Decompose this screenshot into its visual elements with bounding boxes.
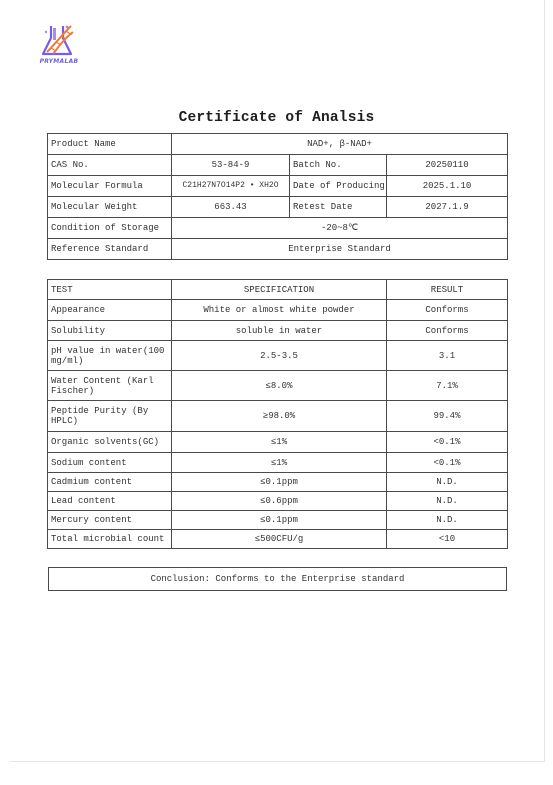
test-result: <0.1%: [387, 432, 508, 453]
row-reference: Reference Standard Enterprise Standard: [48, 239, 508, 260]
test-name: Organic solvents(GC): [48, 432, 172, 453]
test-name: Solubility: [48, 321, 172, 341]
test-specification: ≥98.0%: [172, 401, 387, 432]
test-specification: ≤0.1ppm: [172, 511, 387, 530]
table-row: AppearanceWhite or almost white powderCo…: [48, 300, 508, 321]
date-producing-value: 2025.1.10: [387, 176, 508, 197]
table-row: Solubilitysoluble in waterConforms: [48, 321, 508, 341]
storage-value: -20~8℃: [172, 218, 508, 239]
test-result: N.D.: [387, 473, 508, 492]
column-header: TEST: [48, 280, 172, 300]
weight-value: 663.43: [172, 197, 290, 218]
test-result: N.D.: [387, 492, 508, 511]
table-row: pH value in water(100 mg/ml)2.5-3.53.1: [48, 341, 508, 371]
test-name: Total microbial count: [48, 530, 172, 549]
retest-label: Retest Date: [290, 197, 387, 218]
column-header: SPECIFICATION: [172, 280, 387, 300]
table-row: Mercury content≤0.1ppmN.D.: [48, 511, 508, 530]
test-results-table: TESTSPECIFICATIONRESULTAppearanceWhite o…: [47, 279, 508, 549]
table-row: Organic solvents(GC)≤1%<0.1%: [48, 432, 508, 453]
table-row: Water Content (Karl Fischer)≤8.0%7.1%: [48, 371, 508, 401]
test-specification: ≤0.1ppm: [172, 473, 387, 492]
test-name: Appearance: [48, 300, 172, 321]
conclusion-box: Conclusion: Conforms to the Enterprise s…: [48, 567, 507, 591]
row-cas-batch: CAS No. 53-84-9 Batch No. 20250110: [48, 155, 508, 176]
row-storage: Condition of Storage -20~8℃: [48, 218, 508, 239]
reference-label: Reference Standard: [48, 239, 172, 260]
row-formula-date: Molecular Formula C21H27N7O14P2 • XH2O D…: [48, 176, 508, 197]
test-name: Sodium content: [48, 453, 172, 473]
weight-label: Molecular Weight: [48, 197, 172, 218]
table-header-row: TESTSPECIFICATIONRESULT: [48, 280, 508, 300]
test-result: Conforms: [387, 300, 508, 321]
test-name: pH value in water(100 mg/ml): [48, 341, 172, 371]
test-result: 99.4%: [387, 401, 508, 432]
test-result: N.D.: [387, 511, 508, 530]
row-weight-retest: Molecular Weight 663.43 Retest Date 2027…: [48, 197, 508, 218]
test-specification: ≤1%: [172, 453, 387, 473]
table-row: Total microbial count≤500CFU/g<10: [48, 530, 508, 549]
formula-label: Molecular Formula: [48, 176, 172, 197]
page-edge-bottom: [10, 761, 545, 762]
cas-label: CAS No.: [48, 155, 172, 176]
table-row: Peptide Purity (By HPLC)≥98.0%99.4%: [48, 401, 508, 432]
test-specification: soluble in water: [172, 321, 387, 341]
flask-dna-icon: [33, 22, 85, 58]
test-name: Lead content: [48, 492, 172, 511]
test-name: Mercury content: [48, 511, 172, 530]
storage-label: Condition of Storage: [48, 218, 172, 239]
retest-value: 2027.1.9: [387, 197, 508, 218]
product-name-value: NAD+, β-NAD+: [172, 134, 508, 155]
test-specification: ≤500CFU/g: [172, 530, 387, 549]
table-row: Lead content≤0.6ppmN.D.: [48, 492, 508, 511]
test-specification: White or almost white powder: [172, 300, 387, 321]
company-logo: PRYMALAB: [33, 22, 85, 68]
test-specification: 2.5-3.5: [172, 341, 387, 371]
test-result: 7.1%: [387, 371, 508, 401]
test-result: <0.1%: [387, 453, 508, 473]
column-header: RESULT: [387, 280, 508, 300]
test-name: Water Content (Karl Fischer): [48, 371, 172, 401]
formula-value: C21H27N7O14P2 • XH2O: [172, 176, 290, 197]
test-result: Conforms: [387, 321, 508, 341]
document-title: Certificate of Analsis: [0, 110, 553, 126]
product-info-table: Product Name NAD+, β-NAD+ CAS No. 53-84-…: [47, 133, 508, 260]
test-name: Cadmium content: [48, 473, 172, 492]
date-producing-label: Date of Producing: [290, 176, 387, 197]
table-row: Sodium content≤1%<0.1%: [48, 453, 508, 473]
test-result: <10: [387, 530, 508, 549]
logo-text: PRYMALAB: [33, 58, 85, 65]
cas-value: 53-84-9: [172, 155, 290, 176]
reference-value: Enterprise Standard: [172, 239, 508, 260]
batch-value: 20250110: [387, 155, 508, 176]
test-result: 3.1: [387, 341, 508, 371]
test-specification: ≤1%: [172, 432, 387, 453]
product-name-label: Product Name: [48, 134, 172, 155]
table-row: Cadmium content≤0.1ppmN.D.: [48, 473, 508, 492]
batch-label: Batch No.: [290, 155, 387, 176]
test-specification: ≤8.0%: [172, 371, 387, 401]
test-specification: ≤0.6ppm: [172, 492, 387, 511]
test-name: Peptide Purity (By HPLC): [48, 401, 172, 432]
row-product-name: Product Name NAD+, β-NAD+: [48, 134, 508, 155]
